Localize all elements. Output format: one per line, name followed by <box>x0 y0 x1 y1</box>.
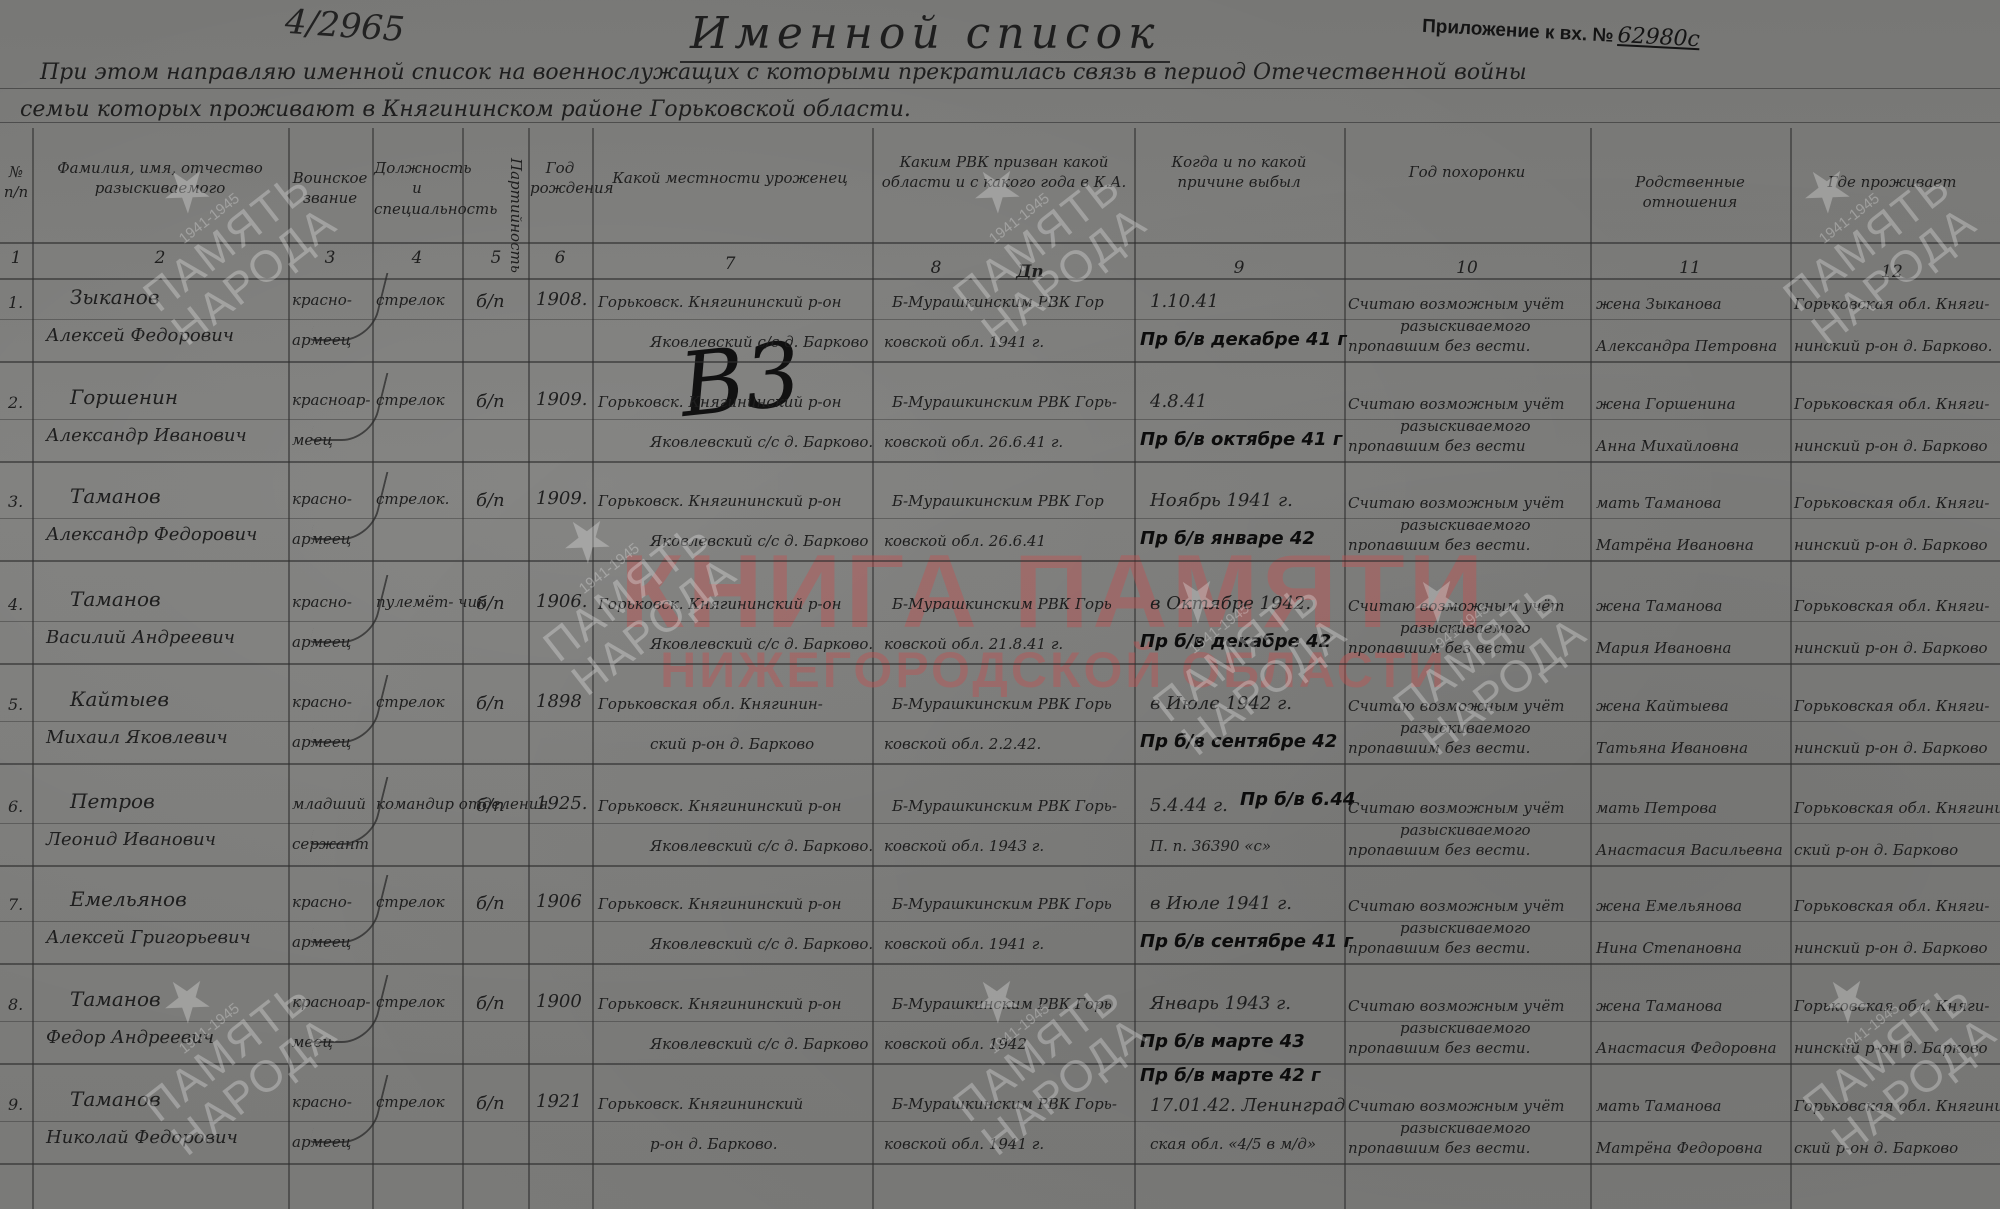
address-line-2: нинский р-он д. Барково <box>1794 538 1988 553</box>
row-midline <box>0 1121 2000 1122</box>
notice-line-2: разыскиваемого <box>1400 1121 1531 1136</box>
position: стрелок <box>376 895 445 910</box>
soldier-given-names: Леонид Иванович <box>46 831 216 849</box>
party-status: б/п <box>476 797 505 815</box>
column-divider <box>1134 128 1136 1209</box>
header-col-4: Должность и специальность <box>374 158 460 219</box>
rvk-line-2: ковской обл. 21.8.41 г. <box>884 637 1063 652</box>
birthplace-line-1: Горьковск. Княгининский р-он <box>598 494 841 509</box>
col-number-8: 8 <box>876 258 996 278</box>
birthplace-line-1: Горьковск. Княгининский <box>598 1097 803 1112</box>
row-number: 5. <box>8 695 23 714</box>
header-col-1: № п/п <box>0 162 32 203</box>
row-number: 7. <box>8 895 23 914</box>
row-number: 6. <box>8 797 23 816</box>
rank-line-1: красноар- <box>292 995 370 1010</box>
departure-status-ink: Пр б/в январе 42 <box>1140 530 1315 548</box>
party-status: б/п <box>476 695 505 713</box>
birthplace-line-2: Яковлевский с/с д. Барково. <box>650 435 873 450</box>
rank-line-2: сержант <box>292 837 369 852</box>
rank-line-1: красно- <box>292 1095 352 1110</box>
relative-line-1: жена Зыканова <box>1596 297 1722 312</box>
column-divider <box>872 128 874 1209</box>
col-number-7: 7 <box>600 254 860 274</box>
notice-line-2: разыскиваемого <box>1400 823 1531 838</box>
notice-line-3: пропавшим без вести. <box>1348 1141 1530 1156</box>
soldier-given-names: Василий Андреевич <box>46 629 235 647</box>
birth-year: 1898 <box>536 693 582 711</box>
row-midline <box>0 319 2000 320</box>
row-separator <box>0 461 2000 463</box>
header-col-10: Год похоронки <box>1346 162 1588 182</box>
soldier-given-names: Александр Федорович <box>46 526 257 544</box>
rvk-line-1: Б-Мурашкинским РВК Горь <box>892 597 1112 612</box>
birth-year: 1908. <box>536 291 588 309</box>
departure-date: 5.4.44 г. <box>1150 797 1228 815</box>
soldier-given-names: Федор Андреевич <box>46 1029 214 1047</box>
relative-line-2: Татьяна Ивановна <box>1596 741 1748 756</box>
intro-rule <box>0 88 2000 89</box>
rvk-line-1: Б-Мурашкинским РВК Горь- <box>892 1097 1117 1112</box>
column-divider <box>528 128 530 1209</box>
rvk-line-1: Б-Мурашкинским РВК Горь <box>892 997 1112 1012</box>
rank-line-2: армеец <box>292 635 351 650</box>
party-status: б/п <box>476 293 505 311</box>
birth-year: 1906 <box>536 893 582 911</box>
intro-line-1: При этом направляю именной список на вое… <box>40 60 1527 85</box>
notice-line-2: разыскиваемого <box>1400 721 1531 736</box>
relative-line-1: жена Емельянова <box>1596 899 1742 914</box>
notice-line-1: Считаю возможным учёт <box>1348 999 1565 1014</box>
soldier-surname: Зыканов <box>70 287 159 307</box>
col-number-6: 6 <box>530 248 590 268</box>
departure-date: 4.8.41 <box>1150 393 1207 411</box>
rank-line-1: красно- <box>292 293 352 308</box>
header-rule <box>0 278 2000 280</box>
rvk-line-1: Б-Мурашкинским РВК Горь- <box>892 799 1117 814</box>
birthplace-line-2: р-он д. Барково. <box>650 1137 777 1152</box>
notice-line-3: пропавшим без вести. <box>1348 741 1530 756</box>
departure-note: ская обл. «4/5 в м/д» <box>1150 1137 1316 1152</box>
notice-line-2: разыскиваемого <box>1400 518 1531 533</box>
column-divider <box>1790 128 1792 1209</box>
birthplace-line-1: Горьковск. Княгининский р-он <box>598 395 841 410</box>
soldier-surname: Петров <box>70 791 155 811</box>
address-line-1: Горьковская обл. Княги- <box>1794 899 1989 914</box>
birth-year: 1921 <box>536 1093 582 1111</box>
col-number-3: 3 <box>290 248 370 268</box>
notice-line-1: Считаю возможным учёт <box>1348 801 1565 816</box>
rvk-line-1: Б-Мурашкинским РВК Горь <box>892 897 1112 912</box>
row-separator <box>0 1163 2000 1165</box>
rvk-line-2: ковской обл. 1943 г. <box>884 839 1044 854</box>
row-separator <box>0 560 2000 562</box>
birthplace-line-2: Яковлевский с/с д. Барково <box>650 1037 868 1052</box>
relative-line-1: жена Таманова <box>1596 999 1722 1014</box>
relative-line-2: Александра Петровна <box>1596 339 1777 354</box>
soldier-surname: Емельянов <box>70 889 187 909</box>
row-midline <box>0 419 2000 420</box>
birthplace-line-2: Яковлевский с/с д. Барково. <box>650 937 873 952</box>
departure-date: Январь 1943 г. <box>1150 995 1291 1013</box>
address-line-1: Горьковская обл. Княгинин- <box>1794 1099 2000 1114</box>
notice-line-1: Считаю возможным учёт <box>1348 899 1565 914</box>
address-line-1: Горьковская обл. Княги- <box>1794 999 1989 1014</box>
column-divider <box>288 128 290 1209</box>
birth-year: 1909. <box>536 490 588 508</box>
notice-line-2: разыскиваемого <box>1400 419 1531 434</box>
birth-year: 1906. <box>536 593 588 611</box>
address-line-2: ский р-он д. Барково <box>1794 1141 1958 1156</box>
notice-line-3: пропавшим без вести. <box>1348 941 1530 956</box>
birthplace-line-2: Яковлевский с/с д. Барково <box>650 534 868 549</box>
relative-line-1: мать Таманова <box>1596 496 1721 511</box>
departure-date: 17.01.42. Ленинград <box>1150 1097 1345 1115</box>
notice-line-3: пропавшим без вести <box>1348 641 1526 656</box>
col-number-4: 4 <box>374 248 460 268</box>
header-col-7: Какой местности уроженец <box>600 168 860 188</box>
relative-line-1: мать Таманова <box>1596 1099 1721 1114</box>
departure-status-ink: Пр б/в марте 43 <box>1140 1033 1305 1051</box>
birthplace-line-2: Яковлевский с/с д. Барково. <box>650 637 873 652</box>
row-separator <box>0 865 2000 867</box>
birth-year: 1925. <box>536 795 588 813</box>
departure-status-ink: Пр б/в 6.44 <box>1240 791 1355 809</box>
departure-status-ink: Пр б/в сентябре 42 <box>1140 733 1337 751</box>
row-separator <box>0 963 2000 965</box>
row-separator <box>0 763 2000 765</box>
birthplace-line-1: Горьковская обл. Княгинин- <box>598 697 823 712</box>
relative-line-2: Анастасия Васильевна <box>1596 843 1783 858</box>
notice-line-3: пропавшим без вести. <box>1348 538 1530 553</box>
rvk-line-2: ковской обл. 26.6.41 г. <box>884 435 1063 450</box>
party-status: б/п <box>476 393 505 411</box>
position: пулемёт- чик <box>376 595 486 610</box>
soldier-given-names: Николай Федорович <box>46 1129 238 1147</box>
row-separator <box>0 361 2000 363</box>
notice-line-2: разыскиваемого <box>1400 621 1531 636</box>
address-line-2: нинский р-он д. Барково <box>1794 641 1988 656</box>
relative-line-1: жена Горшенина <box>1596 397 1736 412</box>
rank-line-1: красно- <box>292 695 352 710</box>
row-midline <box>0 621 2000 622</box>
row-number: 3. <box>8 492 23 511</box>
position: стрелок <box>376 995 445 1010</box>
notice-line-1: Считаю возможным учёт <box>1348 297 1565 312</box>
notice-line-3: пропавшим без вести. <box>1348 339 1530 354</box>
row-midline <box>0 1021 2000 1022</box>
departure-date: 1.10.41 <box>1150 293 1219 311</box>
departure-date: в Июле 1941 г. <box>1150 895 1292 913</box>
birthplace-line-2: Яковлевский с/с д. Барково. <box>650 839 873 854</box>
birthplace-line-1: Горьковск. Княгининский р-он <box>598 997 841 1012</box>
archive-number: 4/2965 <box>284 2 406 50</box>
row-midline <box>0 721 2000 722</box>
soldier-surname: Горшенин <box>70 387 178 407</box>
departure-date: в Октябре 1942. <box>1150 595 1311 613</box>
rvk-line-1: Б-Мурашкинским РВК Гор <box>892 494 1104 509</box>
intro-line-2: семьи которых проживают в Княгининском р… <box>20 97 911 122</box>
departure-note: П. п. 36390 «с» <box>1150 839 1271 854</box>
address-line-1: Горьковская обл. Княги- <box>1794 496 1989 511</box>
stamp-number: 62980с <box>1617 23 1701 52</box>
col-number-9: 9 <box>1136 258 1342 278</box>
departure-date: в Июле 1942 г. <box>1150 695 1292 713</box>
birthplace-line-2: Яковлевский с/с д. Барково <box>650 335 868 350</box>
header-col-9: Когда и по какой причине выбыл <box>1136 152 1342 193</box>
column-divider <box>592 128 594 1209</box>
relative-line-1: жена Таманова <box>1596 599 1722 614</box>
rank-line-2: армеец <box>292 935 351 950</box>
col-number-10: 10 <box>1346 258 1588 278</box>
intro-rule <box>0 122 2000 123</box>
relative-line-2: Нина Степановна <box>1596 941 1742 956</box>
notice-line-3: пропавшим без вести <box>1348 439 1526 454</box>
address-line-1: Горьковская обл. Княги- <box>1794 599 1989 614</box>
address-line-1: Горьковская обл. Княги- <box>1794 699 1989 714</box>
rank-line-2: армеец <box>292 333 351 348</box>
notice-line-3: пропавшим без вести. <box>1348 1041 1530 1056</box>
notice-line-1: Считаю возможным учёт <box>1348 1099 1565 1114</box>
soldier-surname: Таманов <box>70 989 161 1009</box>
header-col-8: Каким РВК призван какой области и с како… <box>876 152 1132 193</box>
notice-line-1: Считаю возможным учёт <box>1348 699 1565 714</box>
rvk-line-1: Б-Мурашкинским РВК Горь <box>892 697 1112 712</box>
party-status: б/п <box>476 995 505 1013</box>
relative-line-2: Анна Михайловна <box>1596 439 1739 454</box>
rvk-line-1: Б-Мурашкинским РВК Горь- <box>892 395 1117 410</box>
row-separator <box>0 1063 2000 1065</box>
relative-line-2: Анастасия Федоровна <box>1596 1041 1777 1056</box>
departure-date: Ноябрь 1941 г. <box>1150 492 1293 510</box>
departure-status-ink: Пр б/в декабре 41 г <box>1140 331 1347 349</box>
header-col-11: Родственные отношения <box>1592 172 1788 213</box>
soldier-given-names: Михаил Яковлевич <box>46 729 228 747</box>
row-midline <box>0 921 2000 922</box>
address-line-2: нинский р-он д. Барково <box>1794 1041 1988 1056</box>
soldier-given-names: Алексей Федорович <box>46 327 234 345</box>
address-line-1: Горьковская обл. Княгинин- <box>1794 801 2000 816</box>
notice-line-2: разыскиваемого <box>1400 921 1531 936</box>
departure-status-ink: Пр б/в октябре 41 г <box>1140 431 1342 449</box>
col-number-1: 1 <box>0 248 32 268</box>
notice-line-1: Считаю возможным учёт <box>1348 496 1565 511</box>
address-line-2: нинский р-он д. Барково <box>1794 941 1988 956</box>
soldier-surname: Таманов <box>70 589 161 609</box>
row-number: 9. <box>8 1095 23 1114</box>
soldier-surname: Таманов <box>70 486 161 506</box>
birthplace-line-2: ский р-он д. Барково <box>650 737 814 752</box>
address-line-2: ский р-он д. Барково <box>1794 843 1958 858</box>
rank-line-1: красно- <box>292 492 352 507</box>
rvk-line-2: ковской обл. 1941 г. <box>884 937 1044 952</box>
notice-line-3: пропавшим без вести. <box>1348 843 1530 858</box>
notice-line-2: разыскиваемого <box>1400 1021 1531 1036</box>
row-number: 8. <box>8 995 23 1014</box>
address-line-1: Горьковская обл. Княги- <box>1794 397 1989 412</box>
party-status: б/п <box>476 895 505 913</box>
rvk-line-2: ковской обл. 26.6.41 <box>884 534 1046 549</box>
rvk-line-2: ковской обл. 1941 г. <box>884 335 1044 350</box>
row-number: 1. <box>8 293 23 312</box>
column-divider <box>32 128 34 1209</box>
departure-status-ink: Пр б/в сентябре 41 г <box>1140 933 1353 951</box>
rank-line-1: красно- <box>292 895 352 910</box>
position: стрелок <box>376 1095 445 1110</box>
rank-line-1: красноар- <box>292 393 370 408</box>
rvk-line-2: ковской обл. 1942 <box>884 1037 1027 1052</box>
col-number-2: 2 <box>40 248 280 268</box>
address-line-2: нинский р-он д. Барково <box>1794 439 1988 454</box>
rvk-line-2: ковской обл. 1941 г. <box>884 1137 1044 1152</box>
position: стрелок <box>376 293 445 308</box>
position: стрелок <box>376 393 445 408</box>
document-title: Именной список <box>680 8 1170 63</box>
column-divider <box>462 128 464 1209</box>
column-divider <box>1344 128 1346 1209</box>
header-col-3: Воинское звание <box>290 168 370 209</box>
rank-line-2: меец <box>292 1035 333 1050</box>
birth-year: 1900 <box>536 993 582 1011</box>
address-line-1: Горьковская обл. Княги- <box>1794 297 1989 312</box>
soldier-surname: Кайтыев <box>70 689 169 709</box>
party-status: б/п <box>476 492 505 510</box>
row-number: 2. <box>8 393 23 412</box>
row-midline <box>0 823 2000 824</box>
row-number: 4. <box>8 595 23 614</box>
relative-line-2: Матрёна Ивановна <box>1596 538 1754 553</box>
row-midline <box>0 518 2000 519</box>
birthplace-line-1: Горьковск. Княгининский р-он <box>598 295 841 310</box>
column-divider <box>1590 128 1592 1209</box>
position: стрелок <box>376 695 445 710</box>
rank-line-2: армеец <box>292 1135 351 1150</box>
header-col-12: Где проживает <box>1792 172 1992 192</box>
rank-line-2: армеец <box>292 735 351 750</box>
header-col-6: Год рождения <box>530 158 590 199</box>
notice-line-1: Считаю возможным учёт <box>1348 599 1565 614</box>
soldier-given-names: Алексей Григорьевич <box>46 929 251 947</box>
col-number-5: 5 <box>466 248 526 268</box>
relative-line-2: Матрёна Федоровна <box>1596 1141 1763 1156</box>
address-line-2: нинский р-он д. Барково <box>1794 741 1988 756</box>
rank-line-1: младший <box>292 797 366 812</box>
notice-line-1: Считаю возможным учёт <box>1348 397 1565 412</box>
rvk-line-2: ковской обл. 2.2.42. <box>884 737 1041 752</box>
relative-line-2: Мария Ивановна <box>1596 641 1731 656</box>
relative-line-1: жена Кайтыева <box>1596 699 1729 714</box>
rank-line-1: красно- <box>292 595 352 610</box>
row-separator <box>0 663 2000 665</box>
header-col-2: Фамилия, имя, отчество разыскиваемого <box>40 158 280 199</box>
header-rule <box>0 242 2000 244</box>
notice-line-2: разыскиваемого <box>1400 319 1531 334</box>
position: стрелок. <box>376 492 449 507</box>
position: командир отделения <box>376 797 548 812</box>
departure-status-ink: Пр б/в марте 42 г <box>1140 1067 1320 1085</box>
birthplace-line-1: Горьковск. Княгининский р-он <box>598 799 841 814</box>
birthplace-line-1: Горьковск. Княгининский р-он <box>598 897 841 912</box>
rank-line-2: армеец <box>292 532 351 547</box>
birthplace-line-1: Горьковск. Княгининский р-он <box>598 597 841 612</box>
rvk-line-1: Б-Мурашкинским РВК Гор <box>892 295 1104 310</box>
address-line-2: нинский р-он д. Барково. <box>1794 339 1992 354</box>
departure-status-ink: Пр б/в декабре 42 <box>1140 633 1331 651</box>
relative-line-1: мать Петрова <box>1596 801 1717 816</box>
party-status: б/п <box>476 595 505 613</box>
rank-line-2: меец <box>292 433 333 448</box>
soldier-surname: Таманов <box>70 1089 161 1109</box>
birth-year: 1909. <box>536 391 588 409</box>
soldier-given-names: Александр Иванович <box>46 427 247 445</box>
col-number-11: 11 <box>1592 258 1788 278</box>
party-status: б/п <box>476 1095 505 1113</box>
